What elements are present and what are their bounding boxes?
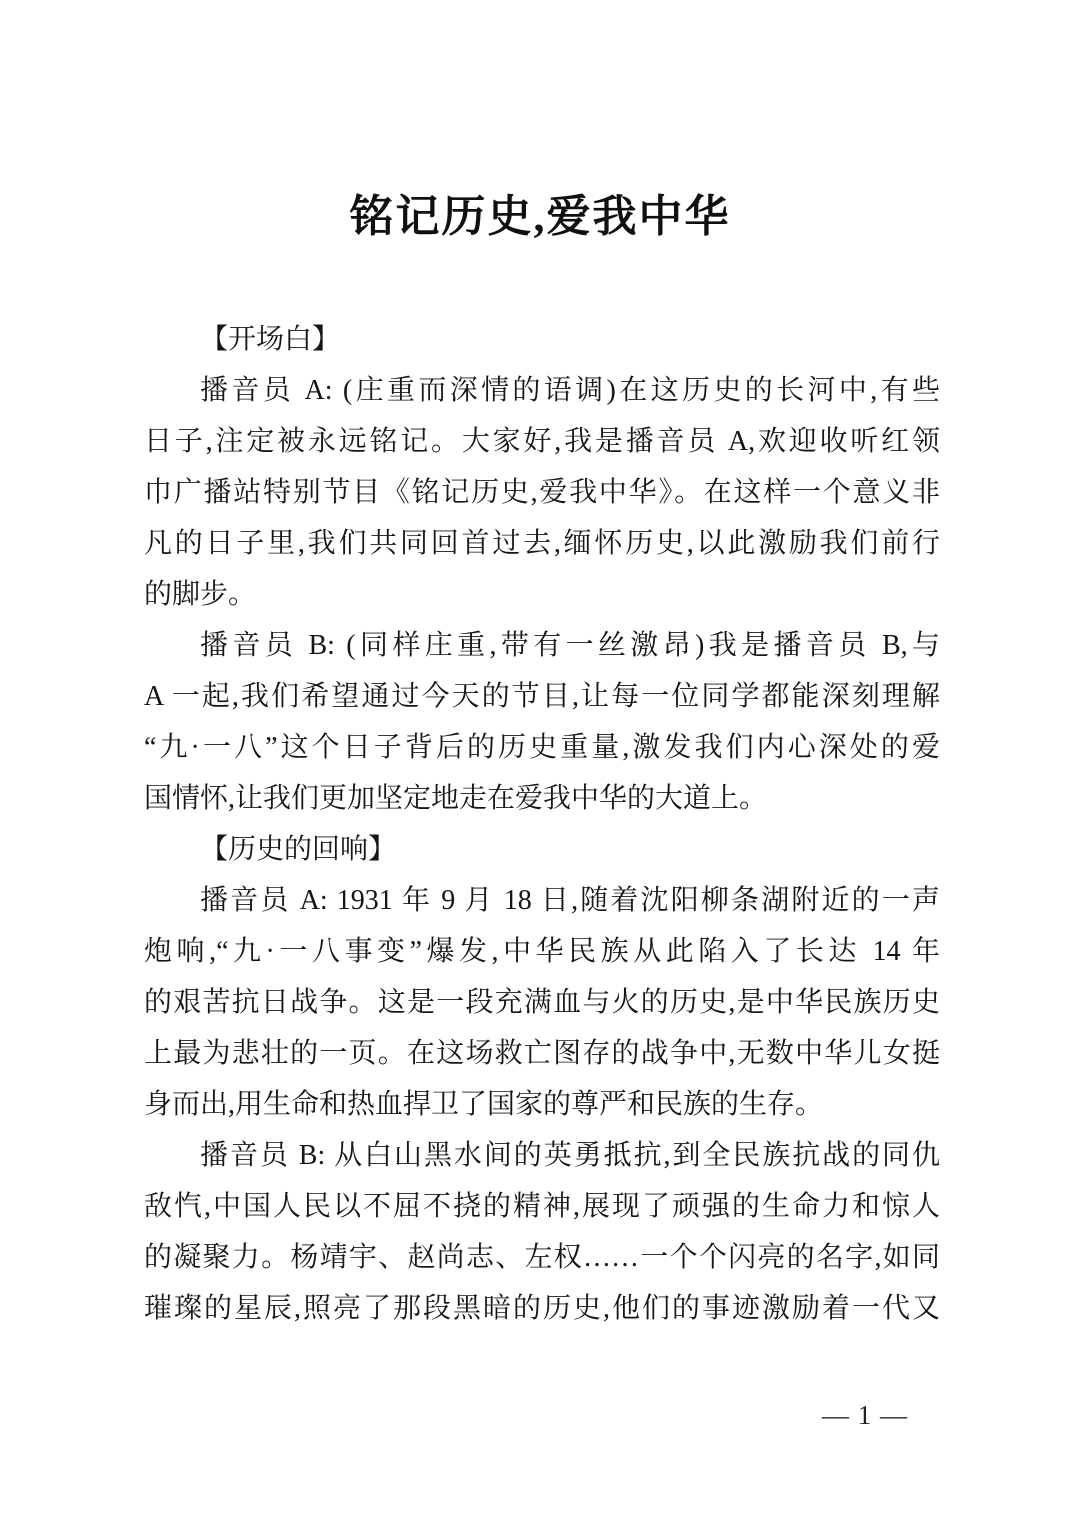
text-line: 凡的日子里,我们共同回首过去,缅怀历史,以此激励我们前行 xyxy=(144,518,940,569)
text-line: 播音员 B: 从白山黑水间的英勇抵抗,到全民族抗战的同仇 xyxy=(144,1130,940,1181)
text-line: 播音员 B: (同样庄重,带有一丝激昂)我是播音员 B,与 xyxy=(144,620,940,671)
document-body: 【开场白】播音员 A: (庄重而深情的语调)在这历史的长河中,有些日子,注定被永… xyxy=(144,314,940,1334)
section-header: 【开场白】 xyxy=(144,314,940,365)
document-page: 铭记历史,爱我中华 【开场白】播音员 A: (庄重而深情的语调)在这历史的长河中… xyxy=(0,0,1080,1527)
text-line: 国情怀,让我们更加坚定地走在爱我中华的大道上。 xyxy=(144,773,940,824)
text-line: 日子,注定被永远铭记。大家好,我是播音员 A,欢迎收听红领 xyxy=(144,416,940,467)
page-number: — 1 — xyxy=(810,1398,920,1432)
text-line: 的艰苦抗日战争。这是一段充满血与火的历史,是中华民族历史 xyxy=(144,977,940,1028)
text-line: 播音员 A: (庄重而深情的语调)在这历史的长河中,有些 xyxy=(144,365,940,416)
text-line: 上最为悲壮的一页。在这场救亡图存的战争中,无数中华儿女挺 xyxy=(144,1028,940,1079)
text-line: 巾广播站特别节目《铭记历史,爱我中华》。在这样一个意义非 xyxy=(144,467,940,518)
text-line: 的凝聚力。杨靖宇、赵尚志、左权……一个个闪亮的名字,如同 xyxy=(144,1232,940,1283)
text-line: 敌忾,中国人民以不屈不挠的精神,展现了顽强的生命力和惊人 xyxy=(144,1181,940,1232)
text-line: “九·一八”这个日子背后的历史重量,激发我们内心深处的爱 xyxy=(144,722,940,773)
text-line: 炮响,“九·一八事变”爆发,中华民族从此陷入了长达 14 年 xyxy=(144,926,940,977)
section-header: 【历史的回响】 xyxy=(144,824,940,875)
page-title: 铭记历史,爱我中华 xyxy=(0,191,1080,244)
text-line: A 一起,我们希望通过今天的节目,让每一位同学都能深刻理解 xyxy=(144,671,940,722)
text-line: 播音员 A: 1931 年 9 月 18 日,随着沈阳柳条湖附近的一声 xyxy=(144,875,940,926)
text-line: 的脚步。 xyxy=(144,569,940,620)
text-line: 璀璨的星辰,照亮了那段黑暗的历史,他们的事迹激励着一代又 xyxy=(144,1283,940,1334)
text-line: 身而出,用生命和热血捍卫了国家的尊严和民族的生存。 xyxy=(144,1079,940,1130)
